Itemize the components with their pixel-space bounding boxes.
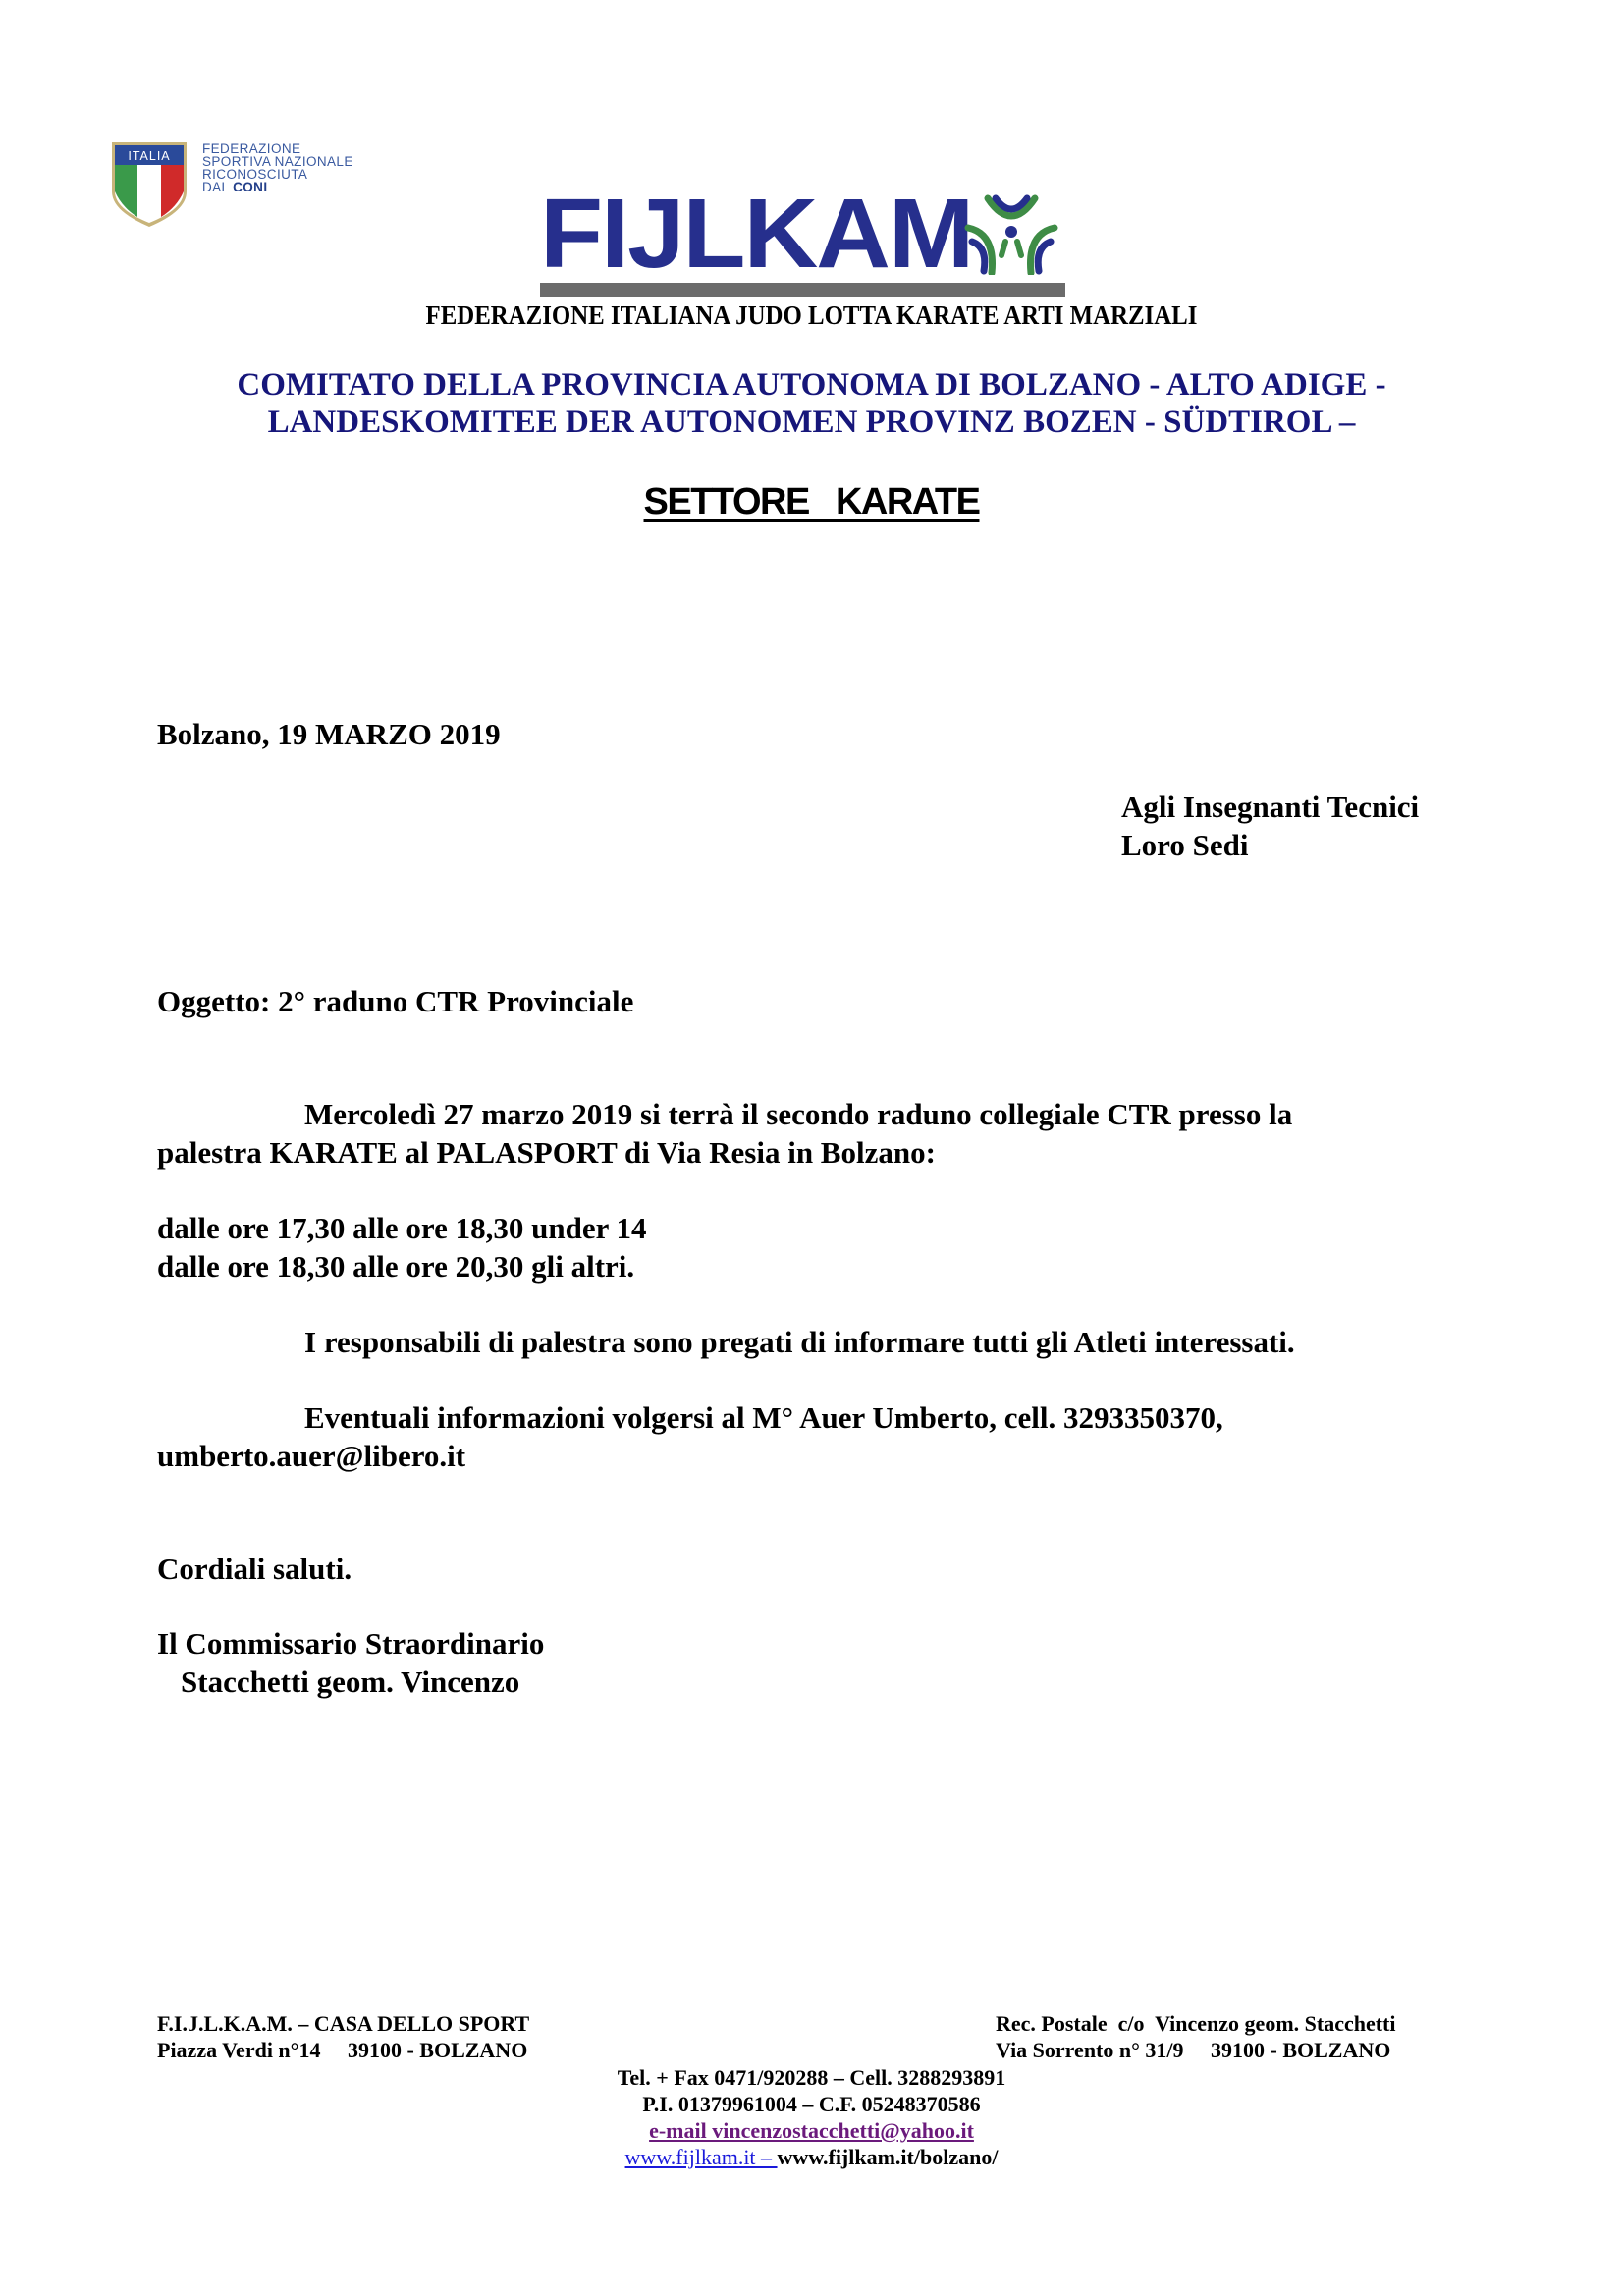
svg-text:ITALIA: ITALIA xyxy=(128,149,170,163)
recipient-line-1: Agli Insegnanti Tecnici xyxy=(1121,790,1419,825)
paragraph-1-line-1: Mercoledì 27 marzo 2019 si terrà il seco… xyxy=(304,1097,1292,1132)
coni-recognition-text: FEDERAZIONE SPORTIVA NAZIONALE RICONOSCI… xyxy=(202,142,353,193)
footer-email: e-mail vincenzostacchetti@yahoo.it xyxy=(0,2118,1623,2144)
footer-email-link[interactable]: e-mail vincenzostacchetti@yahoo.it xyxy=(649,2118,974,2143)
paragraph-2: I responsabili di palestra sono pregati … xyxy=(304,1325,1295,1360)
schedule-line-1: dalle ore 17,30 alle ore 18,30 under 14 xyxy=(157,1211,647,1246)
footer-address-left-2: Piazza Verdi n°14 39100 - BOLZANO xyxy=(157,2038,527,2063)
footer-address-right-2: Via Sorrento n° 31/9 39100 - BOLZANO xyxy=(996,2038,1390,2063)
signature-title: Il Commissario Straordinario xyxy=(157,1626,544,1662)
signature-name: Stacchetti geom. Vincenzo xyxy=(181,1665,519,1700)
paragraph-1-line-2: palestra KARATE al PALASPORT di Via Resi… xyxy=(157,1135,936,1171)
recipient-line-2: Loro Sedi xyxy=(1121,828,1248,863)
logo-underline-bar xyxy=(540,283,1065,297)
closing: Cordiali saluti. xyxy=(157,1552,352,1587)
sector-heading: SETTORE KARATE xyxy=(0,481,1623,523)
footer-websites: www.fijlkam.it – www.fijlkam.it/bolzano/ xyxy=(0,2145,1623,2170)
coni-shield-icon: ITALIA xyxy=(110,140,189,229)
fijlkam-emblem-icon xyxy=(962,194,1060,275)
coni-line-4: DAL CONI xyxy=(202,181,353,193)
committee-name-german: LANDESKOMITEE DER AUTONOMEN PROVINZ BOZE… xyxy=(0,405,1623,441)
committee-name-italian: COMITATO DELLA PROVINCIA AUTONOMA DI BOL… xyxy=(0,367,1623,404)
federation-name: FEDERAZIONE ITALIANA JUDO LOTTA KARATE A… xyxy=(65,301,1558,331)
paragraph-3-line-1: Eventuali informazioni volgersi al M° Au… xyxy=(304,1400,1223,1436)
subject-line: Oggetto: 2° raduno CTR Provinciale xyxy=(157,984,633,1019)
footer-phone: Tel. + Fax 0471/920288 – Cell. 328829389… xyxy=(0,2065,1623,2091)
schedule-line-2: dalle ore 18,30 alle ore 20,30 gli altri… xyxy=(157,1249,634,1285)
website-link-bolzano[interactable]: www.fijlkam.it/bolzano/ xyxy=(778,2145,999,2169)
place-date: Bolzano, 19 MARZO 2019 xyxy=(157,717,501,752)
fijlkam-logo-wordmark: FIJLKAM xyxy=(540,189,972,279)
contact-email[interactable]: umberto.auer@libero.it xyxy=(157,1439,465,1474)
footer-address-left-1: F.I.J.L.K.A.M. – CASA DELLO SPORT xyxy=(157,2011,529,2037)
footer-tax-ids: P.I. 01379961004 – C.F. 05248370586 xyxy=(0,2092,1623,2117)
website-link-main[interactable]: www.fijlkam.it – xyxy=(625,2145,778,2169)
footer-address-right-1: Rec. Postale c/o Vincenzo geom. Stacchet… xyxy=(996,2011,1396,2037)
